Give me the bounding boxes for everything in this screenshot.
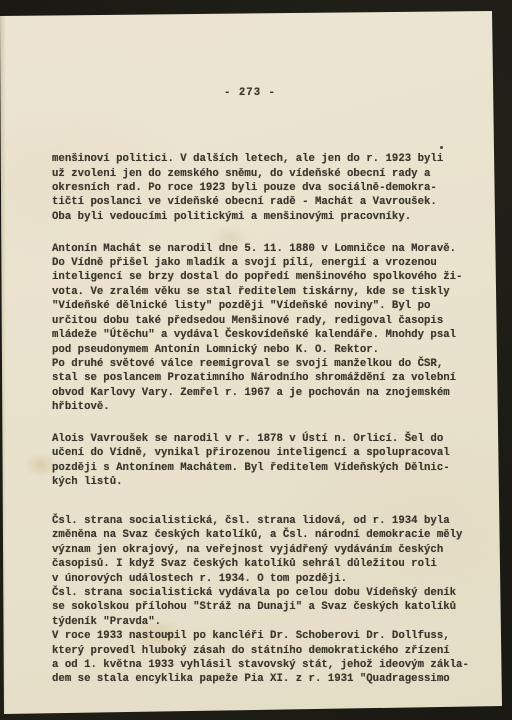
paragraph-parties-1933: Čsl. strana socialistická, čsl. strana l… bbox=[52, 514, 472, 687]
scan-backdrop: - 273 - menšinoví politici. V dalších le… bbox=[0, 0, 512, 720]
paragraph-alois-vavrousek: Alois Vavroušek se narodil v r. 1878 v Ú… bbox=[52, 432, 472, 490]
page-number: - 273 - bbox=[40, 86, 460, 100]
paper-page: - 273 - menšinoví politici. V dalších le… bbox=[0, 0, 512, 720]
typewritten-text-block: - 273 - menšinoví politici. V dalších le… bbox=[52, 72, 472, 701]
paragraph-antonin-machat: Antonín Machát se narodil dne 5. 11. 188… bbox=[52, 242, 472, 415]
paragraph-minority-politicians: menšinoví politici. V dalších letech, al… bbox=[52, 152, 472, 224]
